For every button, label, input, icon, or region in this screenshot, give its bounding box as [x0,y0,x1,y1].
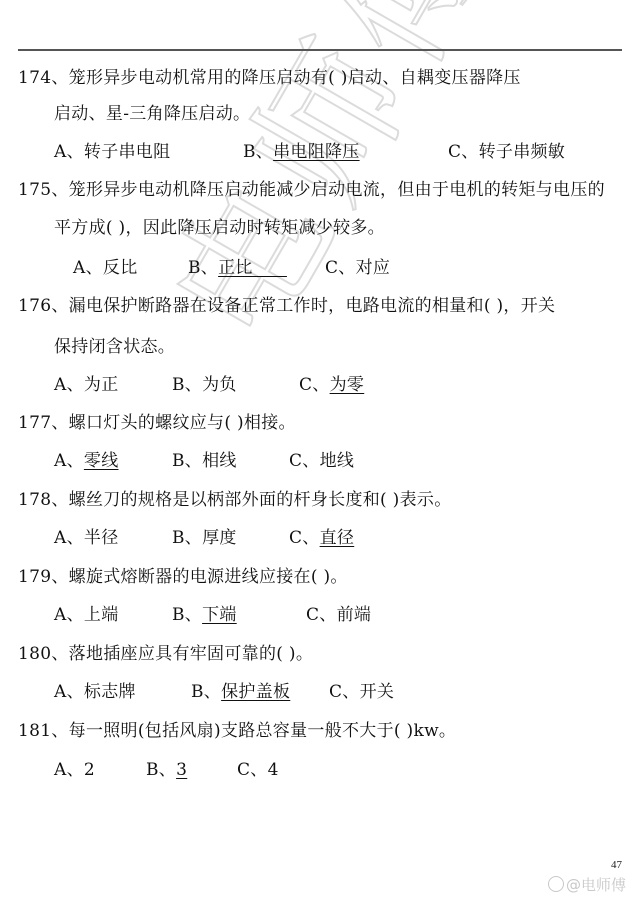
option-b: B、3 [146,760,187,780]
question-178-options: A、半径 B、厚度 C、直径 [54,528,554,550]
correct-answer: 串电阻降压 [273,142,360,162]
question-179-options: A、上端 B、下端 C、前端 [54,605,554,627]
option-b: B、为负 [172,375,237,395]
correct-answer: 直径 [320,528,355,548]
question-176-line-2: 保持闭含状态。 [54,337,175,357]
correct-answer: 下端 [202,605,237,625]
option-c: C、地线 [289,451,354,471]
option-c: C、4 [237,760,279,780]
question-181-line-1: 181、每一照明(包括风扇)支路总容量一般不大于( )kw。 [18,721,456,741]
correct-answer: 正比 [218,258,287,278]
option-a: A、转子串电阻 [54,142,170,162]
option-b: B、正比 [188,258,287,278]
option-c: C、开关 [329,682,394,702]
option-a: A、反比 [73,258,138,278]
correct-answer: 为零 [330,375,365,395]
question-175-line-2: 平方成( )，因此降压启动时转矩减少较多。 [54,218,385,238]
question-178-line-1: 178、螺丝刀的规格是以柄部外面的杆身长度和( )表示。 [18,490,452,510]
question-179-line-1: 179、螺旋式熔断器的电源进线应接在( )。 [18,567,348,587]
question-174-line-1: 174、笼形异步电动机常用的降压启动有( )启动、自耦变压器降压 [18,68,521,88]
option-b: B、相线 [172,451,237,471]
option-b: B、串电阻降压 [243,142,360,162]
page-number: 47 [611,859,622,871]
option-c: C、直径 [289,528,354,548]
correct-answer: 3 [176,760,187,780]
question-181-options: A、2 B、3 C、4 [54,760,554,782]
option-c: C、转子串频敏 [448,142,565,162]
question-176-options: A、为正 B、为负 C、为零 [54,375,554,397]
option-c: C、对应 [325,258,390,278]
option-b: B、下端 [172,605,237,625]
question-177-line-1: 177、螺口灯头的螺纹应与( )相接。 [18,413,296,433]
question-176-line-1: 176、漏电保护断路器在设备正常工作时，电路电流的相量和( )，开关 [18,296,555,316]
option-a: A、上端 [54,605,119,625]
option-c: C、为零 [299,375,364,395]
option-b: B、保护盖板 [191,682,290,702]
question-180-options: A、标志牌 B、保护盖板 C、开关 [54,682,554,704]
option-a: A、零线 [54,451,119,471]
option-a: A、为正 [54,375,119,395]
option-c: C、前端 [306,605,371,625]
option-a: A、半径 [54,528,119,548]
header-rule [18,49,622,51]
option-b: B、厚度 [172,528,237,548]
option-a: A、2 [54,760,95,780]
question-175-line-1: 175、笼形异步电动机降压启动能减少启动电流，但由于电机的转矩与电压的 [18,180,605,200]
correct-answer: 零线 [84,451,119,471]
correct-answer: 保护盖板 [221,682,290,702]
question-175-options: A、反比 B、正比 C、对应 [73,258,573,280]
question-174-options: A、转子串电阻 B、串电阻降压 C、转子串频敏 [54,142,614,164]
brand-credit: @电师傅 [548,874,626,895]
paw-logo-icon [548,876,564,892]
option-a: A、标志牌 [54,682,136,702]
question-180-line-1: 180、落地插座应具有牢固可靠的( )。 [18,644,313,664]
question-174-line-2: 启动、星-三角降压启动。 [54,104,250,124]
question-177-options: A、零线 B、相线 C、地线 [54,451,554,473]
